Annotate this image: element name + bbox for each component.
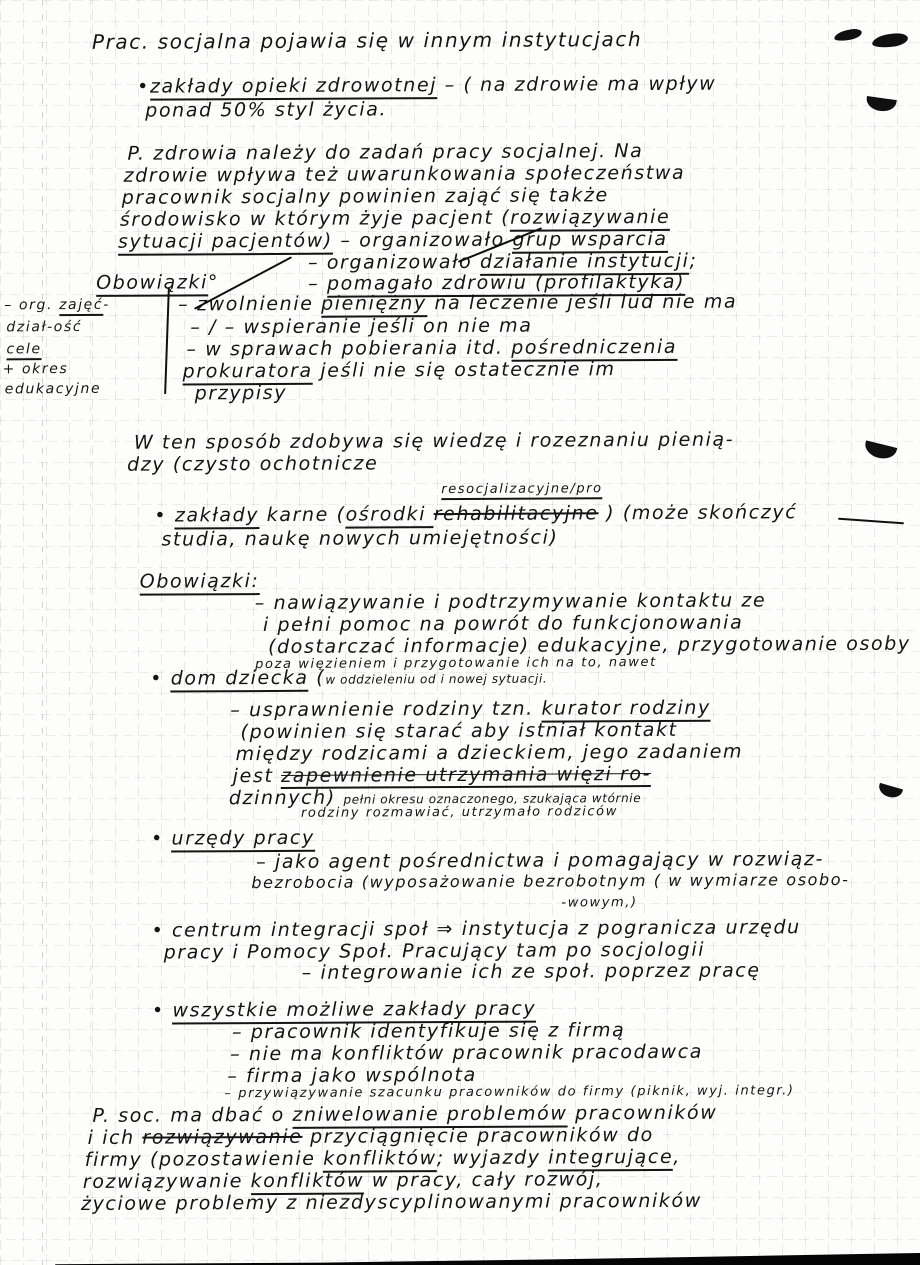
handwritten-line: – zwolnienie pieniężny na leczenie jeśli… xyxy=(178,293,737,315)
handwritten-line: – org. zajęć- xyxy=(4,298,110,313)
handwriting-segment: P. zdrowia należy do zadań pracy socjaln… xyxy=(127,140,643,165)
handwriting-segment: - xyxy=(103,297,110,313)
handwriting-segment: – pracownik identyfikuje się z firmą xyxy=(232,1019,625,1043)
handwriting-segment: dom dziecka xyxy=(171,667,309,693)
handwritten-line: -wowym,) xyxy=(561,896,637,909)
handwritten-line: (dostarczać informacje) edukacyjne, przy… xyxy=(268,635,911,657)
handwriting-segment: , xyxy=(673,1146,681,1168)
handwriting-segment: ) (może skończyć xyxy=(599,501,798,524)
handwritten-line: – integrowanie ich ze społ. poprzez prac… xyxy=(302,961,761,982)
handwritten-line: – przywiązywanie szacunku pracowników do… xyxy=(224,1084,794,1100)
handwriting-segment: – jako agent pośrednictwa i pomagający w… xyxy=(256,848,824,873)
handwriting-segment: resocjalizacyjne/pro xyxy=(441,481,603,500)
handwritten-line: prokuratora jeśli nie się ostatecznie im xyxy=(183,360,616,381)
handwriting-segment: ; wyjazdy xyxy=(437,1147,549,1170)
handwritten-line: • wszystkie możliwe zakłady pracy xyxy=(152,1000,536,1021)
handwriting-segment: rehabilitacyjne xyxy=(434,502,599,525)
handwriting-segment: – firma jako wspólnota xyxy=(227,1064,477,1087)
handwritten-line: firmy (pozostawienie konfliktów; wyjazdy… xyxy=(85,1148,681,1170)
handwriting-segment: rozwiązywanie xyxy=(142,1126,302,1149)
handwriting-segment: • xyxy=(137,76,150,98)
handwriting-segment: życiowe problemy z niezdyscyplinowanymi … xyxy=(81,1190,702,1215)
handwritten-line: życiowe problemy z niezdyscyplinowanymi … xyxy=(81,1192,702,1214)
handwriting-segment: • xyxy=(150,668,171,690)
handwriting-segment: ; xyxy=(689,250,697,272)
handwriting-segment: dział-ość xyxy=(6,319,82,335)
handwriting-segment: Prac. socjalna pojawia się w innym insty… xyxy=(92,27,642,54)
handwriting-segment: i pełni pomoc na powrót do funkcjonowani… xyxy=(263,612,743,637)
handwritten-line: P. soc. ma dbać o zniwelowanie problemów… xyxy=(92,1104,717,1126)
handwriting-segment: – integrowanie ich ze społ. poprzez prac… xyxy=(302,959,761,983)
handwriting-segment: rodziny rozmawiać, utrzymało rodziców xyxy=(301,804,618,821)
handwriting-segment: -wowym,) xyxy=(561,895,637,910)
handwriting-segment: zakłady opieki zdrowotnej xyxy=(150,74,437,101)
handwriting-segment: – xyxy=(308,273,327,295)
handwriting-segment: • xyxy=(151,828,172,850)
handwritten-line: zdrowie wpływa też uwarunkowania społecz… xyxy=(124,164,686,186)
handwritten-line: cele xyxy=(6,342,41,356)
handwritten-line: resocjalizacyjne/pro xyxy=(441,482,603,496)
handwritten-line: • zakłady karne (ośrodki rehabilitacyjne… xyxy=(154,503,797,525)
handwriting-segment: zakłady xyxy=(175,504,259,529)
handwriting-segment: przypisy xyxy=(195,382,287,404)
handwritten-line: studia, naukę nowych umiejętności) xyxy=(161,528,558,549)
handwriting-segment: – nie ma konfliktów pracownik pracodawca xyxy=(230,1041,703,1065)
handwritten-line: (powinien się starać aby istniał kontakt xyxy=(240,721,677,742)
handwriting-segment: (powinien się starać aby istniał kontakt xyxy=(240,719,677,743)
handwriting-segment: ° xyxy=(208,271,219,293)
handwritten-line: – jako agent pośrednictwa i pomagający w… xyxy=(256,850,824,872)
handwritten-line: i pełni pomoc na powrót do funkcjonowani… xyxy=(263,614,743,636)
handwritten-line: – / – wspieranie jeśli on nie ma xyxy=(190,317,532,338)
handwriting-segment: karne ( xyxy=(259,504,346,526)
handwriting-segment: zapewnienie utrzymania więzi ro- xyxy=(281,763,651,789)
handwriting-segment: pracownik socjalny powinien zająć się ta… xyxy=(122,184,609,209)
handwriting-segment: – w sprawach pobierania itd. xyxy=(186,337,511,361)
handwriting-segment: sytuacji pacjentów) xyxy=(118,230,333,256)
handwritten-line: • dom dziecka (w oddzieleniu od i nowej … xyxy=(150,668,547,689)
handwritten-line: środowisko w którym żyje pacjent (rozwią… xyxy=(120,208,671,230)
handwriting-segment: – przywiązywanie szacunku pracowników do… xyxy=(224,1083,794,1101)
handwritten-line: – organizowało działanie instytucji; xyxy=(308,252,698,273)
handwriting-segment: Obowiązki: xyxy=(140,570,260,596)
handwriting-segment: – / – wspieranie jeśli on nie ma xyxy=(190,315,532,339)
handwriting-segment: jest xyxy=(233,765,281,787)
handwriting-segment: – nawiązywanie i podtrzymywanie kontaktu… xyxy=(255,589,767,614)
handwriting-segment: ośrodki xyxy=(345,503,433,528)
handwriting-segment: (dostarczać informacje) edukacyjne, przy… xyxy=(268,633,911,658)
handwritten-line: – nawiązywanie i podtrzymywanie kontaktu… xyxy=(255,591,767,613)
handwritten-line: – w sprawach pobierania itd. pośrednicze… xyxy=(186,338,677,360)
handwritten-line: bezrobocia (wyposażowanie bezrobotnym ( … xyxy=(251,872,849,891)
handwriting-segment: – ( na zdrowie ma wpływ xyxy=(437,73,716,96)
handwriting-segment: studia, naukę nowych umiejętności) xyxy=(161,526,558,550)
handwriting-segment: – usprawnienie rodziny tzn. xyxy=(230,698,541,722)
handwritten-line: ponad 50% styl życia. xyxy=(145,100,387,120)
handwritten-line: P. zdrowia należy do zadań pracy socjaln… xyxy=(127,142,643,164)
handwriting-segment: • xyxy=(154,504,175,526)
handwritten-line: Obowiązki° xyxy=(96,273,219,293)
handwriting-segment: dzy (czysto ochotnicze xyxy=(127,452,378,475)
handwriting-segment: urzędy pracy xyxy=(171,827,314,853)
handwritten-line: • centrum integracji społ ⇒ instytucja z… xyxy=(152,918,801,940)
handwriting-segment: środowisko w którym żyje pacjent ( xyxy=(120,207,510,231)
handwritten-line: rodziny rozmawiać, utrzymało rodziców xyxy=(301,805,618,820)
fold-crease xyxy=(42,0,43,1265)
handwriting-segment: zdrowie wpływa też uwarunkowania społecz… xyxy=(124,162,686,187)
handwritten-line: przypisy xyxy=(195,384,287,403)
handwriting-segment: edukacyjne xyxy=(5,381,102,398)
handwriting-segment: na leczenie jeśli lud nie ma xyxy=(427,291,738,315)
handwritten-line: edukacyjne xyxy=(5,382,101,397)
handwriting-segment: W ten sposób zdobywa się wiedzę i rozezn… xyxy=(134,429,734,454)
text-layer: Prac. socjalna pojawia się w innym insty… xyxy=(0,0,920,1265)
handwriting-segment: pieniężny xyxy=(321,292,427,318)
handwritten-line: • urzędy pracy xyxy=(151,829,315,849)
handwriting-segment: – org. xyxy=(4,297,59,313)
notebook-page: Prac. socjalna pojawia się w innym insty… xyxy=(0,0,920,1265)
handwritten-line: między rodzicami a dzieckiem, jego zadan… xyxy=(236,743,744,765)
handwriting-segment: między rodzicami a dzieckiem, jego zadan… xyxy=(236,741,744,766)
handwriting-segment: w pracy, cały rozwój, xyxy=(364,1168,603,1191)
handwritten-line: + okres xyxy=(3,362,69,376)
handwritten-line: •zakłady opieki zdrowotnej – ( na zdrowi… xyxy=(137,75,716,97)
handwriting-segment: firmy (pozostawienie xyxy=(85,1148,324,1171)
handwritten-line: W ten sposób zdobywa się wiedzę i rozezn… xyxy=(134,431,734,453)
handwriting-segment: bezrobocia (wyposażowanie bezrobotnym ( … xyxy=(251,870,849,892)
handwritten-line: Obowiązki: xyxy=(140,572,260,592)
handwriting-segment: • xyxy=(152,1000,173,1022)
handwriting-segment: cele xyxy=(6,341,41,360)
handwritten-line: – pracownik identyfikuje się z firmą xyxy=(232,1021,625,1042)
handwriting-segment: zajęć xyxy=(59,297,103,316)
handwritten-line: sytuacji pacjentów) – organizowało grup … xyxy=(118,230,668,252)
handwritten-line: – firma jako wspólnota xyxy=(227,1066,477,1086)
handwritten-line: dzy (czysto ochotnicze xyxy=(127,454,378,474)
handwriting-segment: + okres xyxy=(3,361,69,377)
handwritten-line: i ich rozwiązywanie przyciągnięcie praco… xyxy=(88,1126,654,1148)
handwriting-segment: – organizowało xyxy=(333,229,513,252)
handwriting-segment: przyciągnięcie pracowników do xyxy=(302,1124,653,1148)
handwriting-segment: jeśli nie się ostatecznie im xyxy=(313,358,616,382)
handwriting-segment: P. soc. ma dbać o xyxy=(92,1104,292,1127)
handwriting-segment: ( xyxy=(309,667,326,689)
handwriting-segment: – organizowało xyxy=(308,251,480,274)
handwritten-line: – usprawnienie rodziny tzn. kurator rodz… xyxy=(230,699,711,721)
fold-crease xyxy=(90,0,91,1265)
handwritten-line: – nie ma konfliktów pracownik pracodawca xyxy=(230,1043,703,1064)
handwritten-line: jest zapewnienie utrzymania więzi ro- xyxy=(233,765,651,786)
handwriting-segment: rozwiązywanie xyxy=(83,1170,251,1193)
handwritten-line: dział-ość xyxy=(6,320,82,334)
handwritten-line: Prac. socjalna pojawia się w innym insty… xyxy=(92,29,642,52)
handwriting-segment: ponad 50% styl życia. xyxy=(145,98,387,121)
handwritten-line: pracownik socjalny powinien zająć się ta… xyxy=(122,186,609,208)
handwriting-segment: w oddzieleniu od i nowej sytuacji. xyxy=(325,672,547,687)
handwriting-segment: i ich xyxy=(88,1127,143,1149)
handwriting-segment: pracowników xyxy=(567,1102,717,1125)
handwritten-line: rozwiązywanie konfliktów w pracy, cały r… xyxy=(83,1170,604,1192)
